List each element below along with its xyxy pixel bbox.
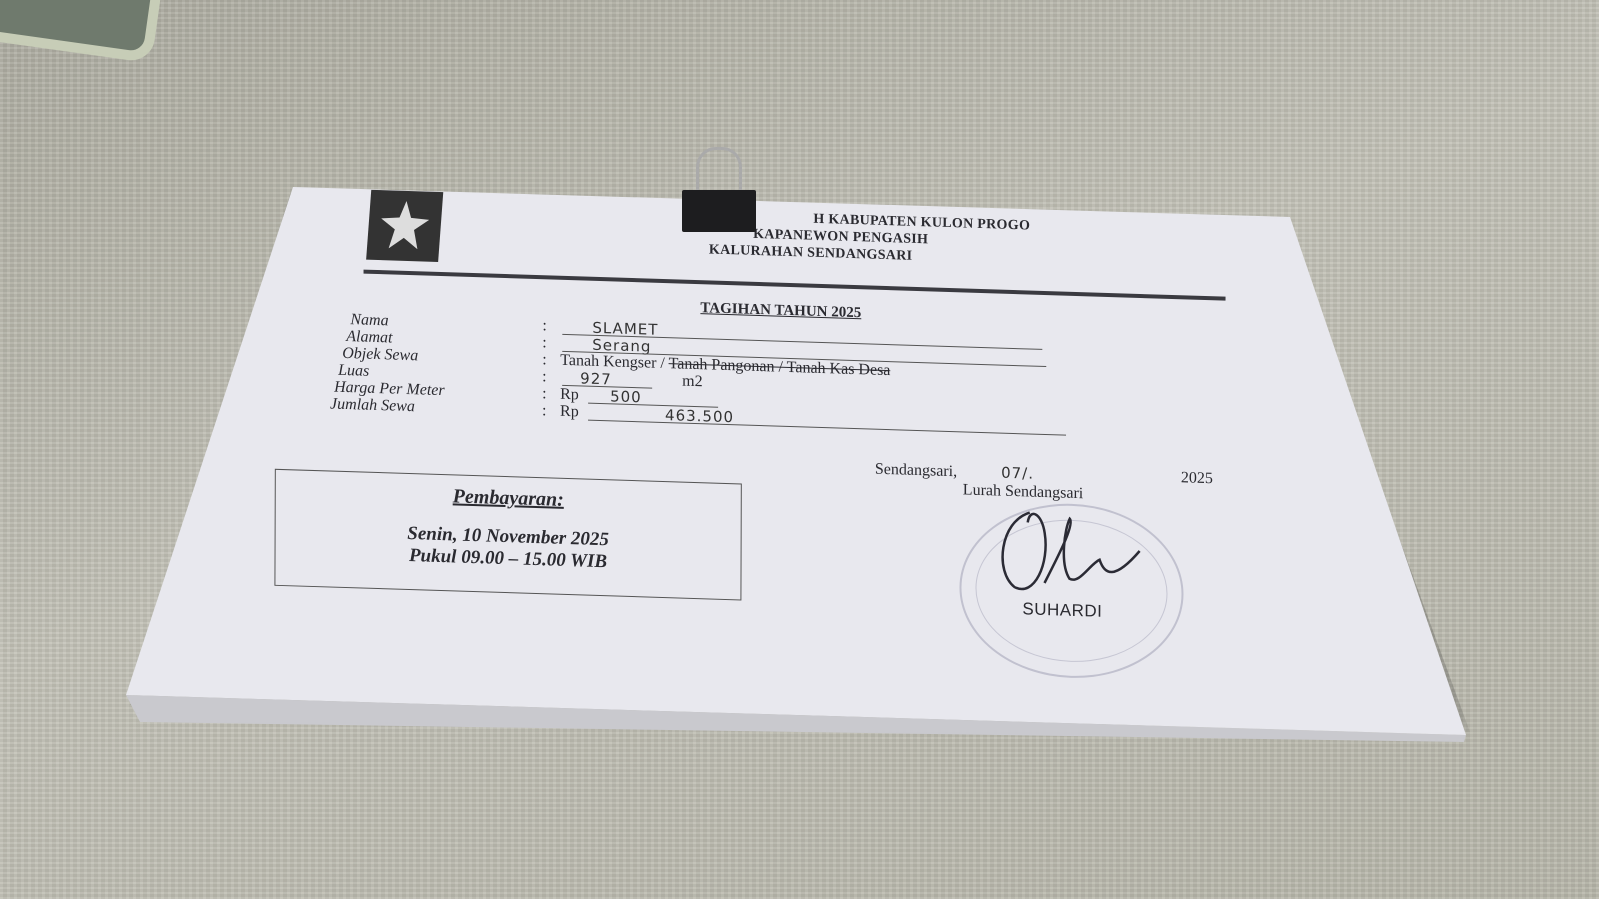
field-prefix: Rp xyxy=(560,386,579,405)
field-label: Jumlah Sewa xyxy=(330,396,415,417)
field-colon: : xyxy=(542,351,547,369)
sign-year: 2025 xyxy=(1181,469,1213,488)
bill-fields: Nama : SLAMET Alamat : Serang Objek Sewa… xyxy=(330,311,1090,437)
regency-emblem-icon xyxy=(366,190,443,262)
field-unit: m2 xyxy=(682,373,703,392)
field-colon: : xyxy=(542,385,547,403)
letterhead-rule xyxy=(364,270,1226,301)
payment-box: Pembayaran: Senin, 10 November 2025 Puku… xyxy=(274,469,741,601)
signer-name: SUHARDI xyxy=(1022,599,1102,622)
bill-document: PEMH KABUPATEN KULON PROGO KAPANEWON PEN… xyxy=(329,181,1251,690)
handwritten-signature-icon xyxy=(989,501,1149,601)
field-label: Luas xyxy=(338,362,369,381)
sign-place: Sendangsari, xyxy=(875,461,957,481)
field-colon: : xyxy=(542,317,547,335)
binder-clip-icon xyxy=(682,190,756,232)
field-colon: : xyxy=(542,402,547,420)
field-colon: : xyxy=(542,334,547,352)
sign-handwritten-date: 07/. xyxy=(1001,464,1034,483)
field-colon: : xyxy=(542,368,547,386)
field-underline xyxy=(588,420,1066,436)
field-prefix: Rp xyxy=(560,403,579,422)
bill-title: TAGIHAN TAHUN 2025 xyxy=(700,300,861,322)
signature-block: Sendangsari, 07/. 2025 Lurah Sendangsari xyxy=(875,460,1255,509)
corner-object xyxy=(0,0,167,63)
